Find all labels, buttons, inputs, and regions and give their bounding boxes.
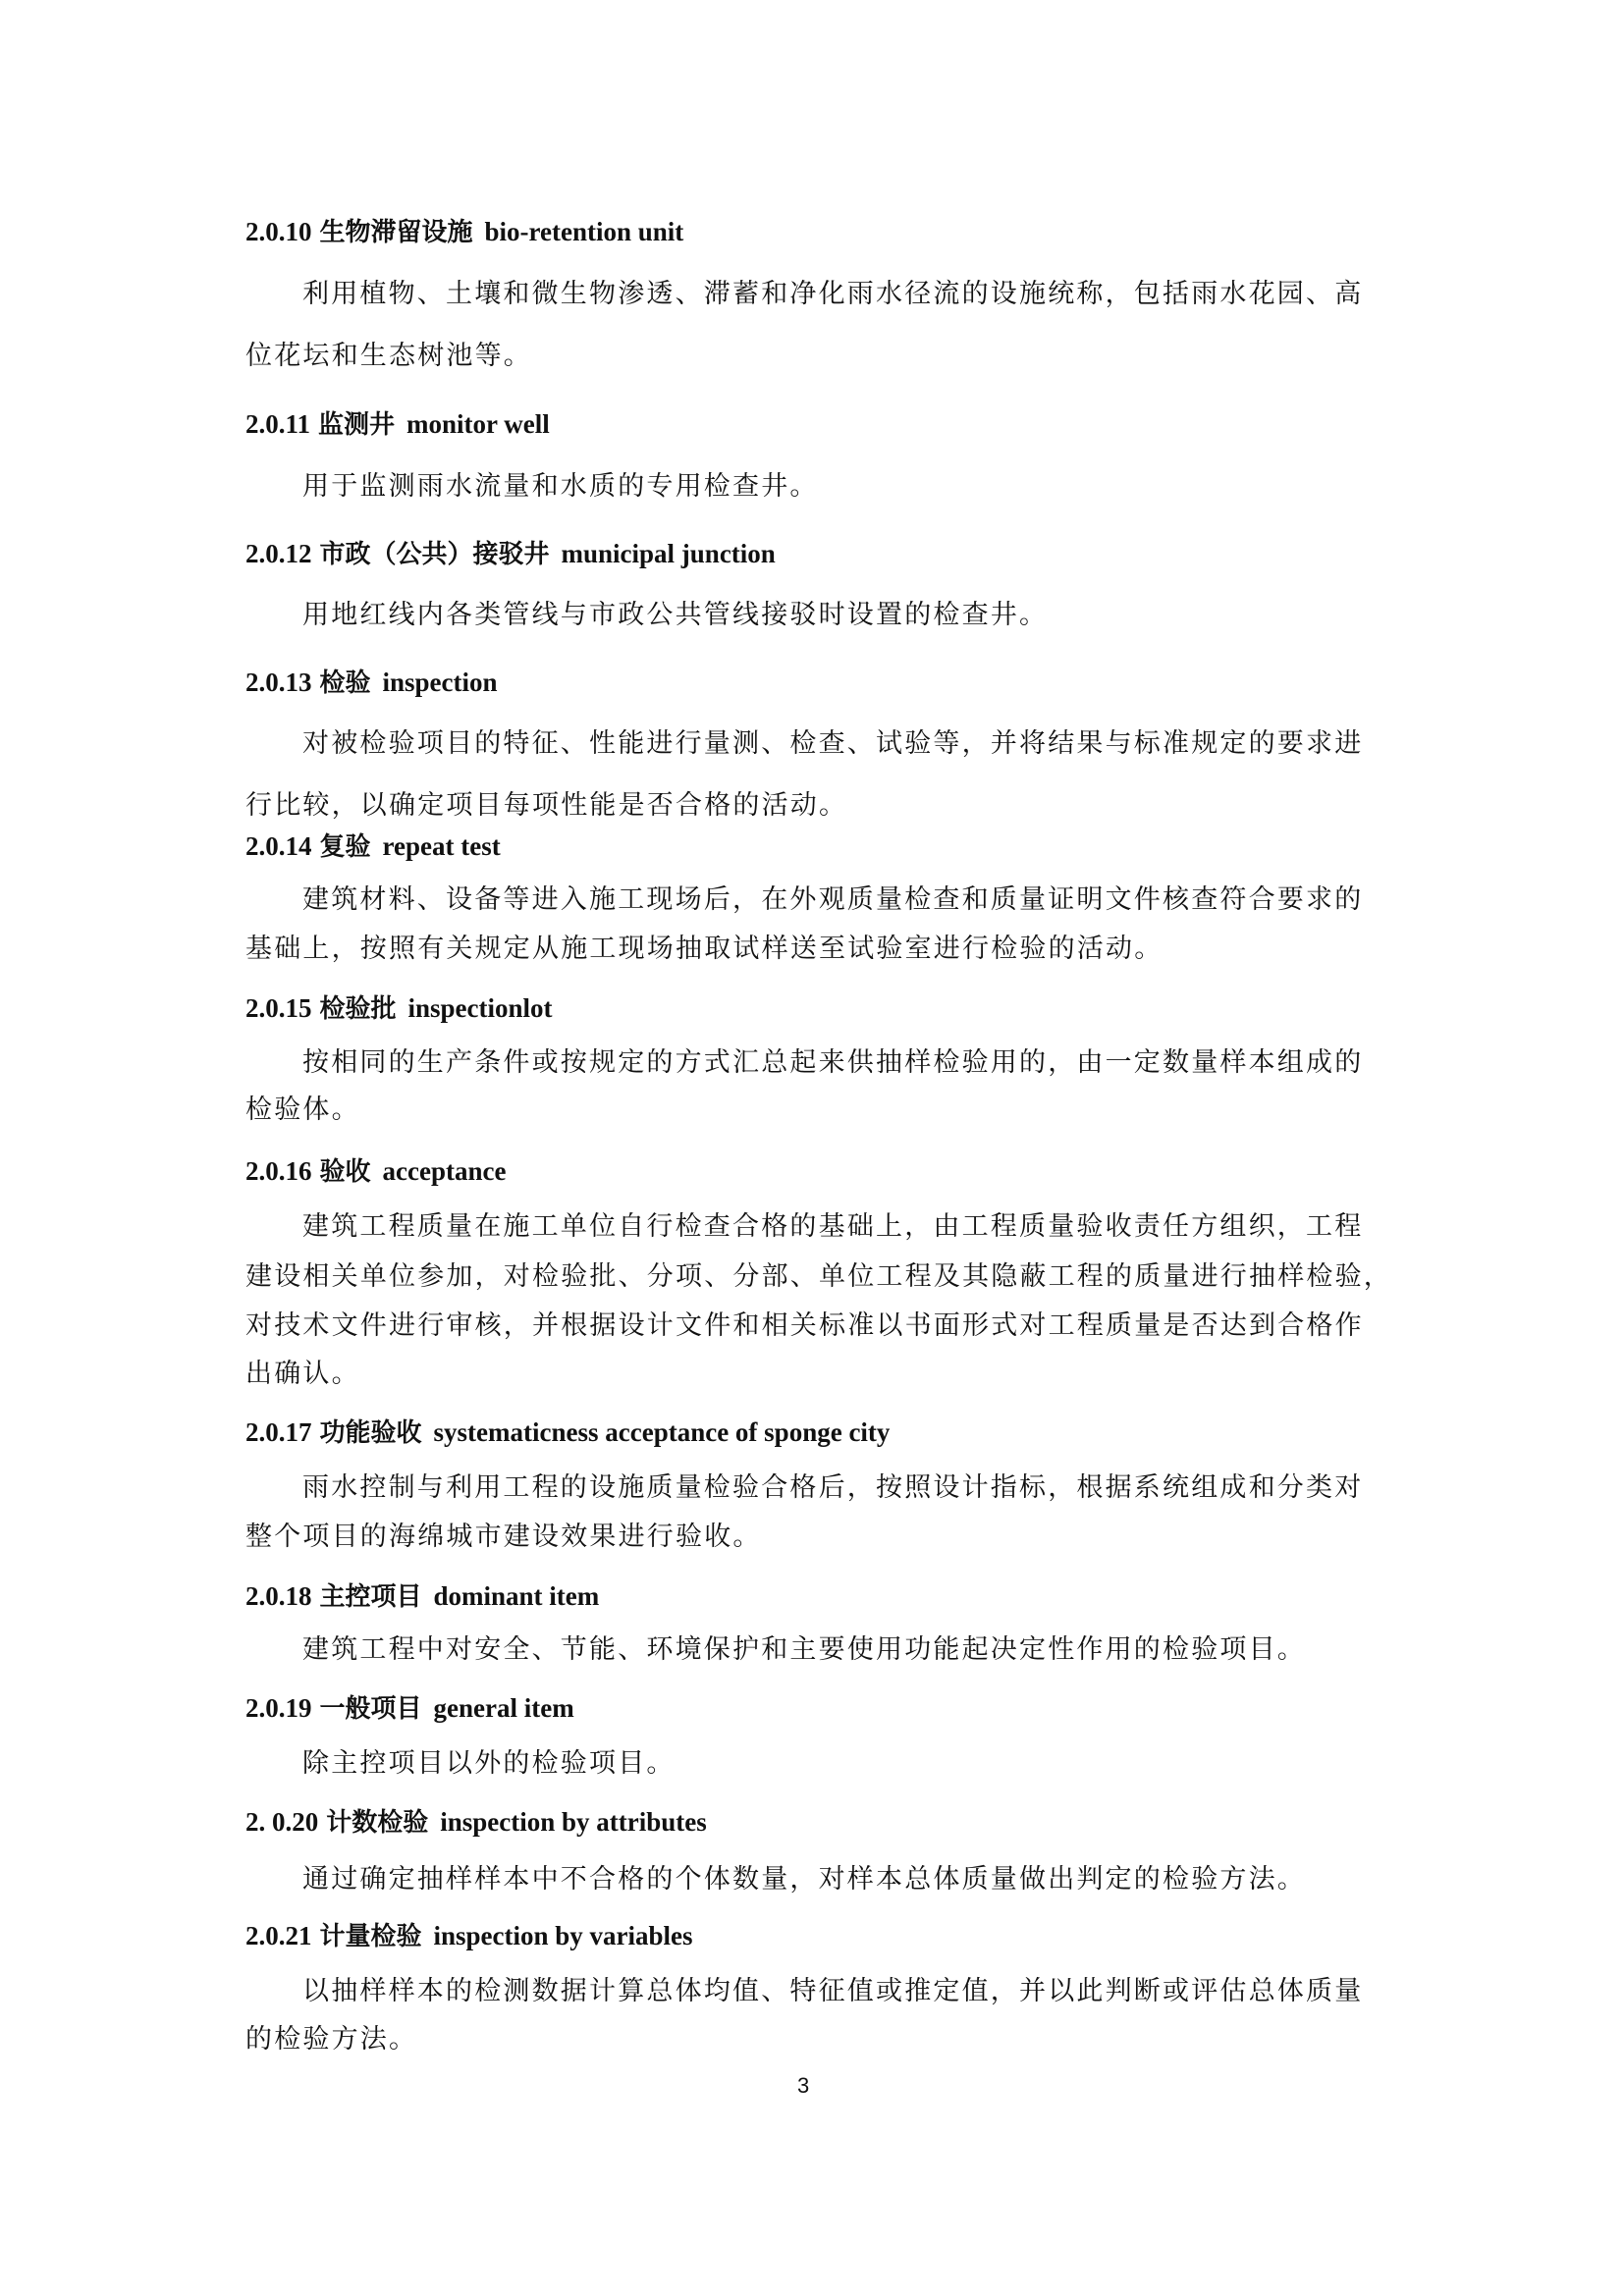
term-chinese: 验收 — [320, 1157, 371, 1187]
term-english: municipal junction — [562, 539, 776, 568]
term-chinese: 市政（公共）接驳井 — [320, 540, 550, 569]
definition-line: 整个项目的海绵城市建设效果进行验收。 — [245, 1522, 1375, 1553]
section-heading-2-0-10: 2.0.10生物滞留设施bio-retention unit — [245, 216, 683, 248]
term-english: inspection — [383, 667, 498, 697]
section-heading-2-0-11: 2.0.11监测井monitor well — [245, 408, 550, 441]
section-heading-2-0-17: 2.0.17功能验收systematicness acceptance of s… — [245, 1416, 890, 1449]
section-number: 2.0.19 — [245, 1693, 312, 1723]
definition-line: 检验体。 — [245, 1095, 1375, 1126]
definition-line: 建设相关单位参加，对检验批、分项、分部、单位工程及其隐蔽工程的质量进行抽样检验， — [245, 1261, 1375, 1293]
section-number: 2.0.14 — [245, 831, 312, 861]
term-chinese: 检验 — [320, 668, 371, 698]
section-number: 2.0.13 — [245, 667, 312, 697]
definition-line: 对技术文件进行审核，并根据设计文件和相关标准以书面形式对工程质量是否达到合格作 — [245, 1310, 1375, 1342]
section-heading-2-0-13: 2.0.13检验inspection — [245, 667, 498, 699]
term-chinese: 一般项目 — [320, 1694, 422, 1724]
section-number: 2.0.18 — [245, 1581, 312, 1611]
section-number: 2. 0.20 — [245, 1807, 318, 1837]
section-heading-2-0-12: 2.0.12市政（公共）接驳井municipal junction — [245, 538, 776, 570]
section-number: 2.0.10 — [245, 217, 312, 246]
definition-line: 用于监测雨水流量和水质的专用检查井。 — [245, 471, 1432, 503]
definition-line: 对被检验项目的特征、性能进行量测、检查、试验等，并将结果与标准规定的要求进 — [245, 728, 1432, 760]
term-chinese: 生物滞留设施 — [320, 218, 473, 247]
section-heading-2-0-16: 2.0.16验收acceptance — [245, 1155, 506, 1188]
section-heading-2-0-20: 2. 0.20计数检验inspection by attributes — [245, 1806, 707, 1839]
definition-line: 建筑工程中对安全、节能、环境保护和主要使用功能起决定性作用的检验项目。 — [245, 1634, 1432, 1666]
section-heading-2-0-18: 2.0.18主控项目dominant item — [245, 1580, 599, 1613]
definition-line: 基础上，按照有关规定从施工现场抽取试样送至试验室进行检验的活动。 — [245, 934, 1375, 965]
definition-line: 出确认。 — [245, 1359, 1375, 1390]
section-number: 2.0.16 — [245, 1156, 312, 1186]
definition-line: 通过确定抽样样本中不合格的个体数量，对样本总体质量做出判定的检验方法。 — [245, 1864, 1432, 1896]
term-english: inspection by variables — [434, 1921, 693, 1950]
definition-line: 建筑材料、设备等进入施工现场后，在外观质量检查和质量证明文件核查符合要求的 — [245, 884, 1432, 916]
definition-line: 按相同的生产条件或按规定的方式汇总起来供抽样检验用的，由一定数量样本组成的 — [245, 1047, 1432, 1079]
term-chinese: 主控项目 — [320, 1582, 422, 1612]
section-heading-2-0-21: 2.0.21计量检验inspection by variables — [245, 1920, 693, 1952]
term-english: bio-retention unit — [485, 217, 684, 246]
definition-line: 位花坛和生态树池等。 — [245, 341, 1375, 372]
term-chinese: 计数检验 — [326, 1808, 428, 1838]
term-english: repeat test — [383, 831, 501, 861]
section-heading-2-0-15: 2.0.15检验批inspectionlot — [245, 992, 553, 1025]
term-chinese: 检验批 — [320, 994, 397, 1024]
term-chinese: 复验 — [320, 832, 371, 862]
term-english: systematicness acceptance of sponge city — [434, 1417, 891, 1447]
section-number: 2.0.11 — [245, 409, 310, 439]
definition-line: 用地红线内各类管线与市政公共管线接驳时设置的检查井。 — [245, 600, 1432, 631]
section-number: 2.0.15 — [245, 993, 312, 1023]
definition-line: 雨水控制与利用工程的设施质量检验合格后，按照设计指标，根据系统组成和分类对 — [245, 1472, 1432, 1504]
term-english: inspection by attributes — [440, 1807, 707, 1837]
page-number: 3 — [797, 2073, 809, 2099]
section-number: 2.0.21 — [245, 1921, 312, 1950]
section-number: 2.0.12 — [245, 539, 312, 568]
document-page: 2.0.10生物滞留设施bio-retention unit 利用植物、土壤和微… — [0, 0, 1624, 2296]
section-heading-2-0-14: 2.0.14复验repeat test — [245, 830, 501, 863]
term-chinese: 功能验收 — [320, 1418, 422, 1448]
definition-line: 利用植物、土壤和微生物渗透、滞蓄和净化雨水径流的设施统称，包括雨水花园、高 — [245, 279, 1432, 310]
definition-line: 行比较，以确定项目每项性能是否合格的活动。 — [245, 790, 1375, 822]
definition-line: 建筑工程质量在施工单位自行检查合格的基础上，由工程质量验收责任方组织，工程 — [245, 1211, 1432, 1243]
term-english: dominant item — [434, 1581, 600, 1611]
term-english: monitor well — [406, 409, 550, 439]
term-chinese: 计量检验 — [320, 1922, 422, 1951]
term-english: general item — [434, 1693, 574, 1723]
definition-line: 的检验方法。 — [245, 2024, 1375, 2056]
term-english: inspectionlot — [408, 993, 553, 1023]
term-chinese: 监测井 — [318, 410, 395, 440]
term-english: acceptance — [383, 1156, 507, 1186]
definition-line: 以抽样样本的检测数据计算总体均值、特征值或推定值，并以此判断或评估总体质量 — [245, 1976, 1432, 2007]
definition-line: 除主控项目以外的检验项目。 — [245, 1748, 1432, 1780]
section-heading-2-0-19: 2.0.19一般项目general item — [245, 1692, 574, 1725]
section-number: 2.0.17 — [245, 1417, 312, 1447]
